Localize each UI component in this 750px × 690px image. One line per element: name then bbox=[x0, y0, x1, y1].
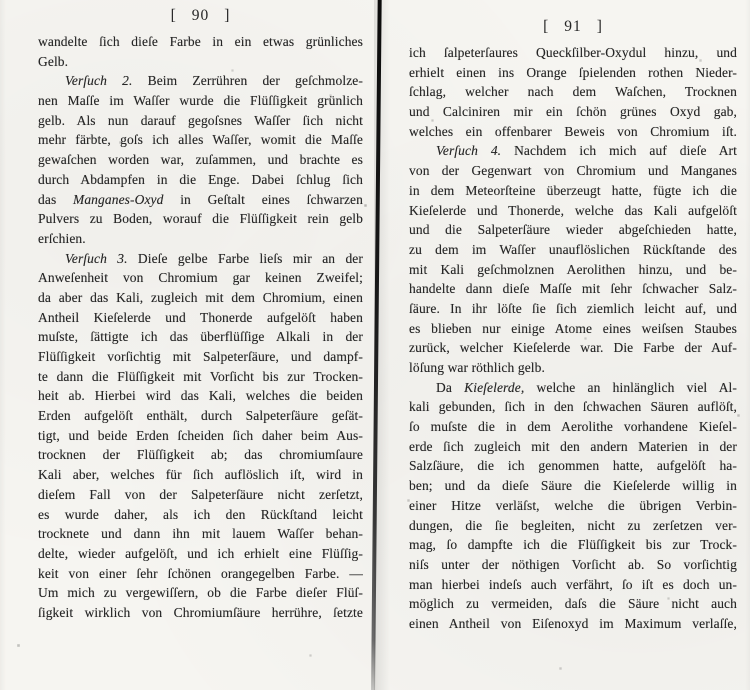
text-segment: von der Gegenwart von Chromium und Manga… bbox=[409, 163, 737, 178]
text-segment: handelte dann dieſe Maſſe mit ſehr ſchwa… bbox=[409, 281, 737, 296]
text-segment: erſchien. bbox=[38, 231, 86, 246]
text-line: man hierbei indeſs auch verfährt, ſo iſt… bbox=[409, 575, 737, 595]
text-line: mag, ſo dampfte ich die Flüſſigkeit bis … bbox=[409, 535, 737, 555]
text-line: dieſem Fall von der Salpeterſäure nicht … bbox=[38, 485, 363, 505]
text-line: es blieben nur einige Atome eines weiſse… bbox=[409, 319, 737, 339]
text-line: Um mich zu vergewiſſern, ob die Farbe di… bbox=[38, 583, 363, 603]
text-line: gelb. Als nun darauf gegoſsnes Waſſer ſi… bbox=[38, 111, 363, 131]
text-line: tigt, und beide Erden ſcheiden ſich dahe… bbox=[38, 426, 363, 446]
text-line: erſchien. bbox=[38, 229, 363, 249]
page-91-header: [ 91 ] bbox=[409, 0, 737, 36]
text-line: keit von einer ſehr ſchönen orangegelben… bbox=[38, 564, 363, 584]
text-segment: und Calciniren mir ein ſchön grünes Oxyd… bbox=[409, 104, 737, 119]
book-page-90: [ 90 ] wandelte ſich dieſe Farbe in ein … bbox=[38, 0, 363, 623]
italic-text-segment: Verſuch 3. bbox=[65, 251, 128, 266]
text-segment: wandelte ſich dieſe Farbe in ein etwas g… bbox=[38, 34, 363, 49]
text-line: mehr färbte, goſs ich alles Waſſer, womi… bbox=[38, 130, 363, 150]
text-segment: trocknete und dann ihn mit lauem Waſſer … bbox=[38, 526, 363, 541]
text-segment: ben; und da dieſe Säure die Kieſelerde w… bbox=[409, 478, 737, 493]
text-line: ſäure. In ihr löſte ſie ſich ziemlich le… bbox=[409, 299, 737, 319]
page-90-text-block: wandelte ſich dieſe Farbe in ein etwas g… bbox=[38, 32, 363, 623]
text-line: ſchlag, welcher nach dem Waſchen, Trockn… bbox=[409, 82, 737, 102]
text-line: kali gebunden, ſich in den ſchwachen Säu… bbox=[409, 397, 737, 417]
page-90-header: [ 90 ] bbox=[38, 0, 363, 25]
text-segment: mag, ſo dampfte ich die Flüſſigkeit bis … bbox=[409, 537, 737, 552]
text-segment: durch Abdampfen in die Enge. Dabei ſchlu… bbox=[38, 172, 363, 187]
text-line: Pulvers zu Boden, worauf die Flüſſigkeit… bbox=[38, 209, 363, 229]
text-line: heit ab. Hierbei wird das Kali, welches … bbox=[38, 386, 363, 406]
text-segment: in Geſtalt eines ſchwarzen bbox=[164, 192, 363, 207]
text-line: gewaſchen worden war, zuſammen, und brac… bbox=[38, 150, 363, 170]
text-segment: zu dem im Waſſer unauflöslichen Rückſtan… bbox=[409, 242, 737, 257]
header-close-bracket: ] bbox=[224, 7, 230, 25]
italic-text-segment: Kieſelerde, bbox=[464, 380, 524, 395]
text-line: das Manganes-Oxyd in Geſtalt eines ſchwa… bbox=[38, 190, 363, 210]
text-line: welches ein offenbarer Beweis von Chromi… bbox=[409, 122, 737, 142]
text-line: und die Salpeterſäure wieder abgeſchiede… bbox=[409, 220, 737, 240]
text-segment: erde ſich zugleich mit den andern Materi… bbox=[409, 439, 737, 454]
text-segment: Kieſelerde und Thonerde, welche das Kali… bbox=[409, 203, 737, 218]
text-line: ſigkeit wirklich von Chromiumſäure herrü… bbox=[38, 603, 363, 623]
text-segment: niſs unter der nöthigen Vorſicht ab. So … bbox=[409, 557, 737, 572]
text-line: trocknen der Flüſſigkeit ab; das chromiu… bbox=[38, 445, 363, 465]
text-segment: tigt, und beide Erden ſcheiden ſich dahe… bbox=[38, 428, 363, 443]
page-number: 91 bbox=[564, 18, 582, 36]
text-segment: Anweſenheit von Chromium gar keinen Zwei… bbox=[38, 270, 363, 285]
text-line: möglich zu vermeiden, daſs die Säure nic… bbox=[409, 594, 737, 614]
text-segment: ſchlag, welcher nach dem Waſchen, Trockn… bbox=[409, 84, 737, 99]
text-segment: und die Salpeterſäure wieder abgeſchiede… bbox=[409, 222, 737, 237]
text-line: mit Kali geſchmolznen Aerolithen hinzu, … bbox=[409, 260, 737, 280]
text-segment: dieſem Fall von der Salpeterſäure nicht … bbox=[38, 487, 363, 502]
text-segment: zurück, welcher Kieſelerde war. Die Farb… bbox=[409, 340, 737, 355]
text-line: te dann die Flüſſigkeit mit Vorſicht bis… bbox=[38, 367, 363, 387]
page-number: 90 bbox=[192, 7, 210, 25]
text-segment: einer Hitze verläſst, welche die übrigen… bbox=[409, 498, 737, 513]
text-line: ben; und da dieſe Säure die Kieſelerde w… bbox=[409, 476, 737, 496]
text-line: in dem Meteorſteine überzeugt hatte, füg… bbox=[409, 181, 737, 201]
text-line: Verſuch 2. Beim Zerrühren der geſchmolze… bbox=[38, 71, 363, 91]
text-segment: kali gebunden, ſich in den ſchwachen Säu… bbox=[409, 399, 737, 414]
text-segment: welches ein offenbarer Beweis von Chromi… bbox=[409, 124, 737, 139]
text-line: von der Gegenwart von Chromium und Manga… bbox=[409, 161, 737, 181]
text-line: muſste, ſättigte ich das überflüſſige Al… bbox=[38, 327, 363, 347]
text-segment: te dann die Flüſſigkeit mit Vorſicht bis… bbox=[38, 369, 363, 384]
text-segment: Beim Zerrühren der geſchmolze- bbox=[132, 73, 363, 88]
text-segment: heit ab. Hierbei wird das Kali, welches … bbox=[38, 388, 363, 403]
text-segment: Um mich zu vergewiſſern, ob die Farbe di… bbox=[38, 585, 363, 600]
text-segment: löſung war röthlich gelb. bbox=[409, 360, 545, 375]
text-line: niſs unter der nöthigen Vorſicht ab. So … bbox=[409, 555, 737, 575]
text-line: Antheil Kieſelerde und Thonerde aufgelöſ… bbox=[38, 308, 363, 328]
text-line: wandelte ſich dieſe Farbe in ein etwas g… bbox=[38, 32, 363, 52]
text-segment: man hierbei indeſs auch verfährt, ſo iſt… bbox=[409, 577, 737, 592]
text-segment: in dem Meteorſteine überzeugt hatte, füg… bbox=[409, 183, 737, 198]
italic-text-segment: Manganes-Oxyd bbox=[73, 192, 164, 207]
page-91-text-block: ich ſalpeterſaures Queckſilber-Oxydul hi… bbox=[409, 43, 737, 634]
header-close-bracket: ] bbox=[597, 18, 603, 36]
text-segment: ich ſalpeterſaures Queckſilber-Oxydul hi… bbox=[409, 45, 737, 60]
text-line: Verſuch 3. Dieſe gelbe Farbe lieſs mir a… bbox=[38, 249, 363, 269]
text-line: Anweſenheit von Chromium gar keinen Zwei… bbox=[38, 268, 363, 288]
text-segment: Antheil Kieſelerde und Thonerde aufgelöſ… bbox=[38, 310, 363, 325]
text-segment: keit von einer ſehr ſchönen orangegelben… bbox=[38, 566, 363, 581]
text-segment: mit Kali geſchmolznen Aerolithen hinzu, … bbox=[409, 262, 737, 277]
header-open-bracket: [ bbox=[171, 7, 177, 25]
text-line: zurück, welcher Kieſelerde war. Die Farb… bbox=[409, 338, 737, 358]
text-line: handelte dann dieſe Maſſe mit ſehr ſchwa… bbox=[409, 279, 737, 299]
text-line: Kieſelerde und Thonerde, welche das Kali… bbox=[409, 201, 737, 221]
text-line: ich ſalpeterſaures Queckſilber-Oxydul hi… bbox=[409, 43, 737, 63]
text-segment: Gelb. bbox=[38, 54, 68, 69]
text-segment: Nachdem ich mich auf dieſe Art bbox=[501, 143, 737, 158]
text-line: durch Abdampfen in die Enge. Dabei ſchlu… bbox=[38, 170, 363, 190]
text-segment: erhielt einen ins Orange ſpielenden roth… bbox=[409, 65, 737, 80]
text-segment: Kali aber, welches für ſich auflöslich i… bbox=[38, 467, 363, 482]
text-segment: ſo muſste die in dem Aerolithe vorhanden… bbox=[409, 419, 737, 434]
text-line: delte, wieder aufgelöſt, und ich erhielt… bbox=[38, 544, 363, 564]
text-line: erde ſich zugleich mit den andern Materi… bbox=[409, 437, 737, 457]
scan-noise-specks bbox=[0, 0, 1, 1]
text-line: Gelb. bbox=[38, 52, 363, 72]
header-open-bracket: [ bbox=[543, 18, 549, 36]
text-segment: Flüſſigkeit vorſichtig mit Salpeterſäure… bbox=[38, 349, 363, 364]
text-line: Da Kieſelerde, welche an hinlänglich vie… bbox=[409, 378, 737, 398]
text-line: dungen, die ſie begleiten, nicht zu zerſ… bbox=[409, 516, 737, 536]
text-segment: Da bbox=[436, 380, 464, 395]
book-page-91: [ 91 ] ich ſalpeterſaures Queckſilber-Ox… bbox=[409, 0, 737, 634]
text-line: erhielt einen ins Orange ſpielenden roth… bbox=[409, 63, 737, 83]
text-line: Salzſäure, die ich genommen hatte, aufge… bbox=[409, 456, 737, 476]
text-segment: trocknen der Flüſſigkeit ab; das chromiu… bbox=[38, 447, 363, 462]
italic-text-segment: Verſuch 2. bbox=[65, 73, 132, 88]
text-segment: es wurde daher, als ich den Rückſtand le… bbox=[38, 507, 363, 522]
text-segment: es blieben nur einige Atome eines weiſse… bbox=[409, 321, 737, 336]
text-segment: Erden aufgelöſt enthält, durch Salpeterſ… bbox=[38, 408, 363, 423]
text-line: Verſuch 4. Nachdem ich mich auf dieſe Ar… bbox=[409, 141, 737, 161]
italic-text-segment: Verſuch 4. bbox=[436, 143, 501, 158]
text-line: trocknete und dann ihn mit lauem Waſſer … bbox=[38, 524, 363, 544]
text-segment: delte, wieder aufgelöſt, und ich erhielt… bbox=[38, 546, 363, 561]
text-segment: dungen, die ſie begleiten, nicht zu zerſ… bbox=[409, 518, 737, 533]
text-line: da aber das Kali, zugleich mit dem Chrom… bbox=[38, 288, 363, 308]
text-segment: Dieſe gelbe Farbe lieſs mir an der bbox=[128, 251, 363, 266]
text-line: einen Antheil von Eiſenoxyd im Maximum v… bbox=[409, 614, 737, 634]
text-line: und Calciniren mir ein ſchön grünes Oxyd… bbox=[409, 102, 737, 122]
text-segment: muſste, ſättigte ich das überflüſſige Al… bbox=[38, 329, 363, 344]
text-segment: gewaſchen worden war, zuſammen, und brac… bbox=[38, 152, 363, 167]
text-line: zu dem im Waſſer unauflöslichen Rückſtan… bbox=[409, 240, 737, 260]
text-line: es wurde daher, als ich den Rückſtand le… bbox=[38, 505, 363, 525]
text-segment: welche an hinlänglich viel Al- bbox=[524, 380, 737, 395]
text-line: nen Maſſe im Waſſer wurde die Flüſſigkei… bbox=[38, 91, 363, 111]
text-segment: möglich zu vermeiden, daſs die Säure nic… bbox=[409, 596, 737, 611]
text-segment: gelb. Als nun darauf gegoſsnes Waſſer ſi… bbox=[38, 113, 363, 128]
book-scan: { "page_bg": "#f6f5f1", "ink_color": "#2… bbox=[0, 0, 750, 690]
text-segment: Pulvers zu Boden, worauf die Flüſſigkeit… bbox=[38, 211, 363, 226]
text-segment: einen Antheil von Eiſenoxyd im Maximum v… bbox=[409, 616, 737, 631]
text-segment: ſäure. In ihr löſte ſie ſich ziemlich le… bbox=[409, 301, 737, 316]
text-segment: Salzſäure, die ich genommen hatte, aufge… bbox=[409, 458, 737, 473]
text-segment: mehr färbte, goſs ich alles Waſſer, womi… bbox=[38, 132, 363, 147]
text-line: Kali aber, welches für ſich auflöslich i… bbox=[38, 465, 363, 485]
text-segment: nen Maſſe im Waſſer wurde die Flüſſigkei… bbox=[38, 93, 363, 108]
text-segment: das bbox=[38, 192, 73, 207]
text-segment: da aber das Kali, zugleich mit dem Chrom… bbox=[38, 290, 363, 305]
text-line: einer Hitze verläſst, welche die übrigen… bbox=[409, 496, 737, 516]
text-segment: ſigkeit wirklich von Chromiumſäure herrü… bbox=[38, 605, 363, 620]
text-line: Erden aufgelöſt enthält, durch Salpeterſ… bbox=[38, 406, 363, 426]
text-line: Flüſſigkeit vorſichtig mit Salpeterſäure… bbox=[38, 347, 363, 367]
text-line: ſo muſste die in dem Aerolithe vorhanden… bbox=[409, 417, 737, 437]
book-gutter-shadow bbox=[374, 0, 390, 690]
text-line: löſung war röthlich gelb. bbox=[409, 358, 737, 378]
